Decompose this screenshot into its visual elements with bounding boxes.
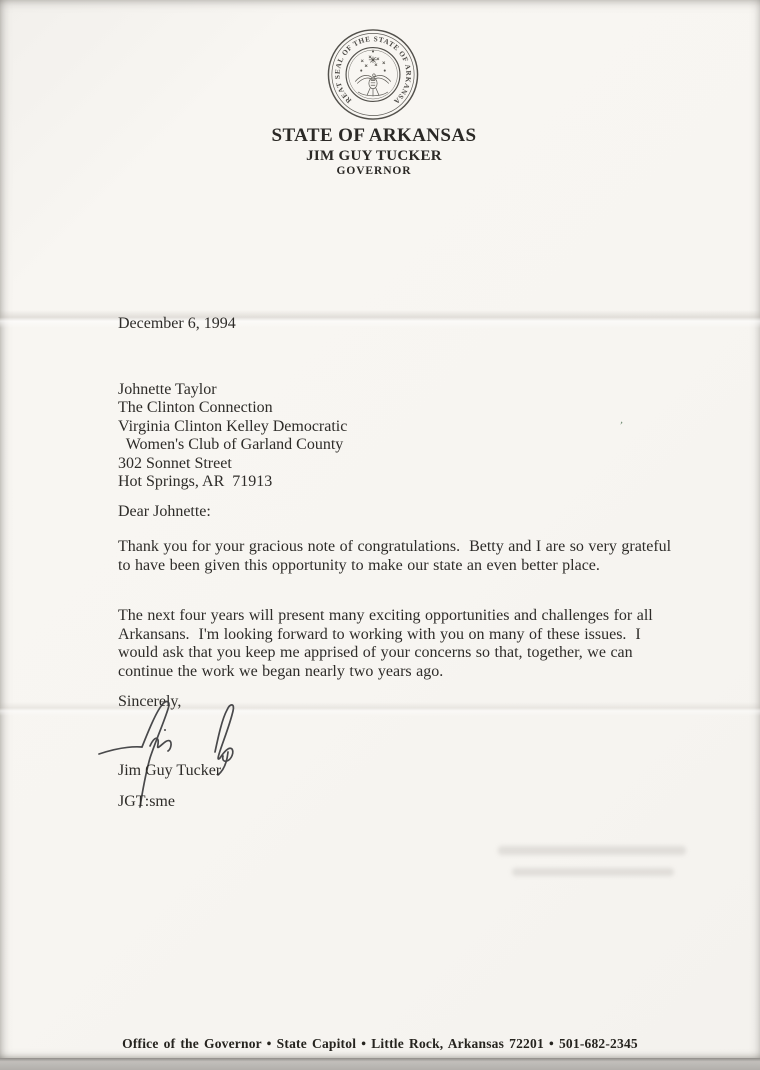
body-paragraph-2: The next four years will present many ex…	[118, 607, 680, 681]
letter-paper: ’ GREAT SEAL OF THE STATE OF ARKANSAS	[0, 0, 760, 1058]
stray-pen-mark: ’	[618, 420, 624, 433]
typist-initials: JGT:sme	[118, 793, 175, 811]
bleedthrough-smudge	[498, 846, 686, 855]
footer-address-line: Office of the Governor • State Capitol •…	[0, 1036, 760, 1052]
typed-signature-name: Jim Guy Tucker	[118, 762, 221, 780]
fold-crease-top	[0, 310, 760, 328]
address-line: The Clinton Connection	[118, 399, 347, 417]
recipient-address-block: Johnette Taylor The Clinton Connection V…	[118, 381, 347, 491]
letterhead-governor-name: JIM GUY TUCKER	[0, 148, 748, 165]
bleedthrough-smudge	[512, 868, 674, 876]
letter-date: December 6, 1994	[118, 315, 236, 333]
letterhead-state-name: STATE OF ARKANSAS	[0, 125, 748, 147]
scanned-letter: ’ GREAT SEAL OF THE STATE OF ARKANSAS	[0, 0, 760, 1070]
address-line: Hot Springs, AR 71913	[118, 473, 347, 491]
salutation: Dear Johnette:	[118, 503, 211, 521]
address-line: Virginia Clinton Kelley Democratic	[118, 418, 347, 436]
closing: Sincerely,	[118, 693, 181, 711]
fold-crease-middle	[0, 702, 760, 716]
letterhead-governor-title: GOVERNOR	[0, 165, 748, 177]
seal-emblem	[355, 51, 390, 96]
arkansas-state-seal-icon: GREAT SEAL OF THE STATE OF ARKANSAS	[326, 27, 420, 122]
address-line: 302 Sonnet Street	[118, 455, 347, 473]
scan-bottom-edge	[0, 1058, 760, 1070]
address-line: Johnette Taylor	[118, 381, 347, 399]
address-line: Women's Club of Garland County	[118, 436, 347, 454]
body-paragraph-1: Thank you for your gracious note of cong…	[118, 538, 680, 575]
